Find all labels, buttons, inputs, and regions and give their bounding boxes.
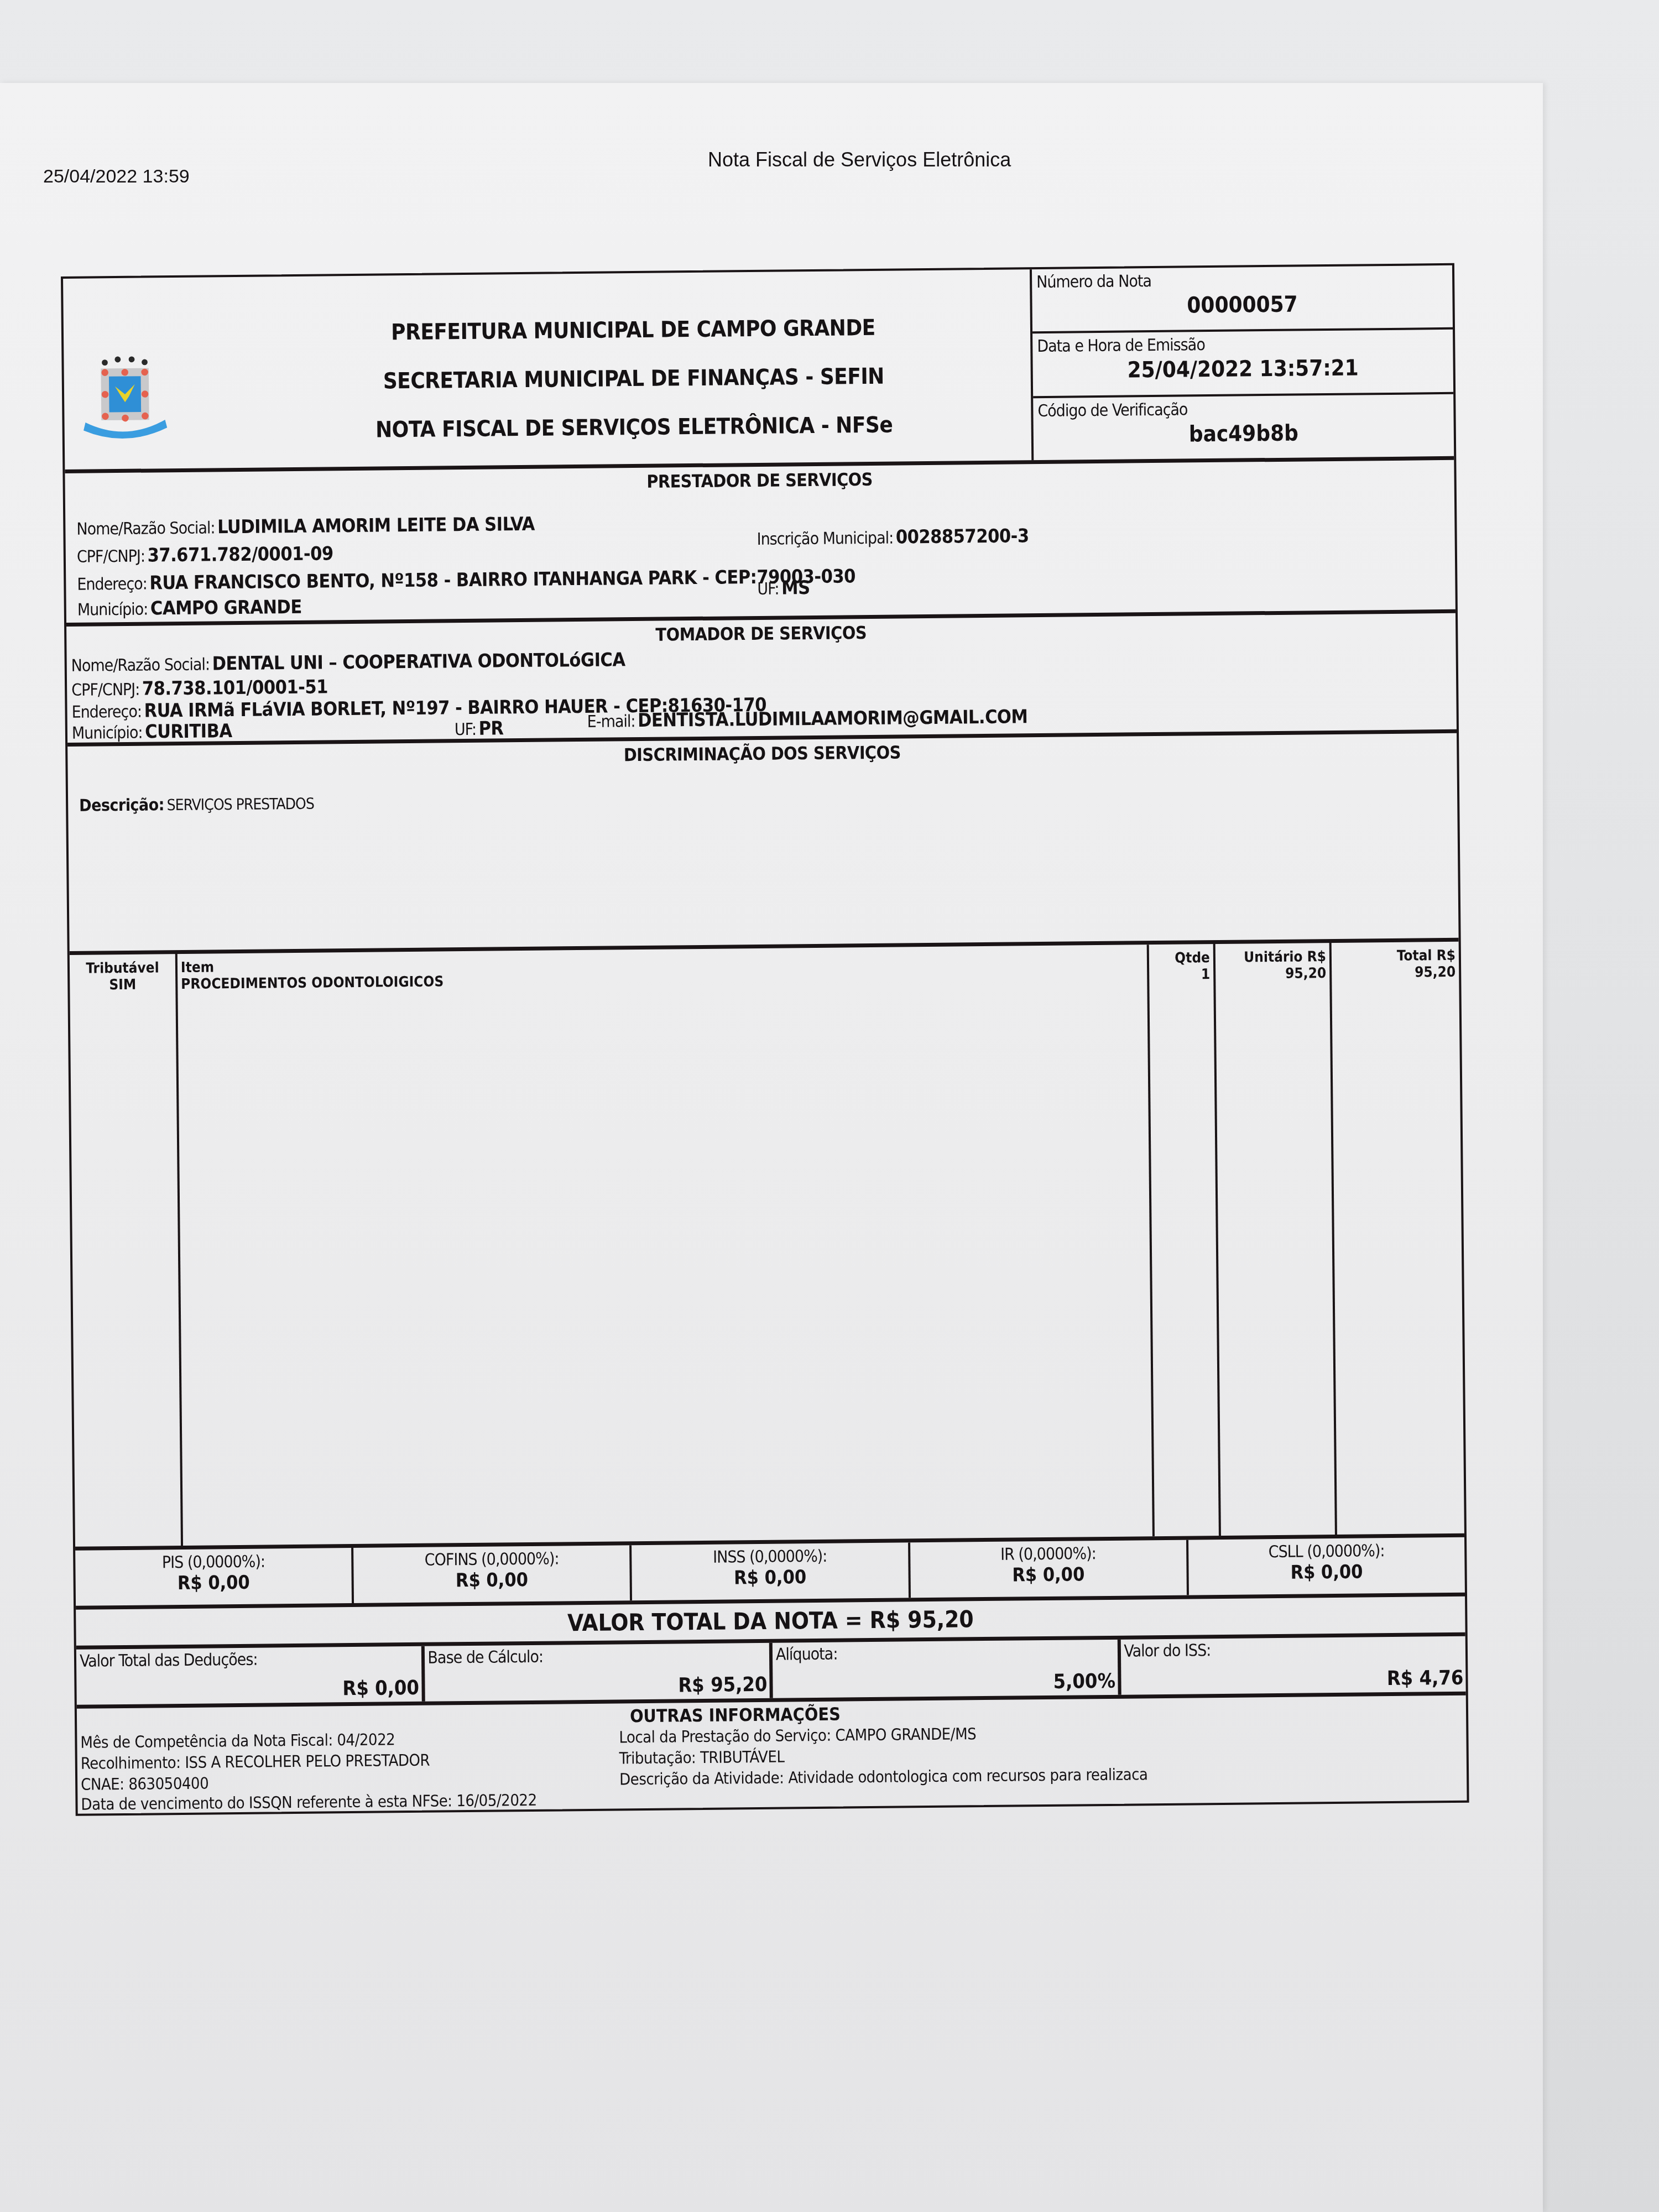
tomador-municipio-label: Município: bbox=[72, 723, 143, 743]
tomador-municipio-value: CURITIBA bbox=[145, 720, 232, 743]
header-unitario: Unitário R$ bbox=[1219, 948, 1326, 966]
tomador-uf-value: PR bbox=[478, 717, 503, 739]
prestador-im-label: Inscrição Municipal: bbox=[757, 529, 893, 549]
tax-csll-label: CSLL (0,0000%): bbox=[1188, 1541, 1465, 1563]
tax-inss: INSS (0,0000%): R$ 0,00 bbox=[632, 1542, 910, 1600]
prestador-endereco: Endereço: RUA FRANCISCO BENTO, Nº158 - B… bbox=[77, 565, 855, 595]
nfse-form: PREFEITURA MUNICIPAL DE CAMPO GRANDE SEC… bbox=[61, 263, 1469, 1816]
calc-base-label: Base de Cálculo: bbox=[427, 1645, 766, 1668]
tomador-municipio: Município: CURITIBA bbox=[72, 720, 232, 744]
prestador-cpf-value: 37.671.782/0001-09 bbox=[147, 542, 333, 566]
prestador-im: Inscrição Municipal: 0028857200-3 bbox=[757, 525, 1029, 550]
outras-recolhimento: Recolhimento: ISS A RECOLHER PELO PRESTA… bbox=[81, 1751, 430, 1773]
numero-nota-value: 00000057 bbox=[1036, 290, 1448, 320]
discriminacao-section: DISCRIMINAÇÃO DOS SERVIÇOS Descrição: SE… bbox=[67, 733, 1459, 955]
tax-cofins-value: R$ 0,00 bbox=[354, 1568, 630, 1593]
prestador-im-value: 0028857200-3 bbox=[896, 525, 1029, 548]
tax-cofins-label: COFINS (0,0000%): bbox=[353, 1548, 630, 1571]
tomador-nome-value: DENTAL UNI – COOPERATIVA ODONTOLóGICA bbox=[212, 649, 625, 675]
emissao-cell: Data e Hora de Emissão 25/04/2022 13:57:… bbox=[1032, 330, 1453, 398]
prestador-uf: UF: MS bbox=[757, 577, 810, 599]
tax-csll: CSLL (0,0000%): R$ 0,00 bbox=[1188, 1537, 1465, 1595]
header-left: PREFEITURA MUNICIPAL DE CAMPO GRANDE SEC… bbox=[63, 269, 1031, 469]
prestador-nome-value: LUDIMILA AMORIM LEITE DA SILVA bbox=[217, 513, 535, 539]
col-item: Item PROCEDIMENTOS ODONTOLOIGICOS bbox=[178, 945, 1155, 1546]
calc-deducoes-label: Valor Total das Deduções: bbox=[80, 1648, 418, 1671]
col-qtde: Qtde 1 bbox=[1149, 944, 1221, 1536]
prestador-cpf-label: CPF/CNPJ: bbox=[77, 547, 145, 567]
calc-iss-label: Valor do ISS: bbox=[1124, 1639, 1462, 1661]
tomador-cpf-value: 78.738.101/0001-51 bbox=[142, 676, 328, 700]
emissao-label: Data e Hora de Emissão bbox=[1037, 333, 1448, 356]
items-table: Tributável SIM Item PROCEDIMENTOS ODONTO… bbox=[70, 942, 1464, 1551]
tax-ir-value: R$ 0,00 bbox=[910, 1563, 1187, 1588]
cell-tributavel: SIM bbox=[73, 976, 172, 994]
outras-title: OUTRAS INFORMAÇÕES bbox=[630, 1704, 841, 1727]
calc-aliquota-value: 5,00% bbox=[1053, 1670, 1115, 1693]
descricao-value: SERVIÇOS PRESTADOS bbox=[167, 795, 315, 815]
tax-cofins: COFINS (0,0000%): R$ 0,00 bbox=[353, 1545, 632, 1603]
print-datetime: 25/04/2022 13:59 bbox=[43, 166, 190, 187]
descricao-label: Descrição: bbox=[79, 795, 164, 815]
outras-informacoes: OUTRAS INFORMAÇÕES Mês de Competência da… bbox=[77, 1695, 1467, 1814]
header-title-nfse: NOTA FISCAL DE SERVIÇOS ELETRÔNICA - NFS… bbox=[330, 412, 938, 444]
col-tributavel: Tributável SIM bbox=[70, 954, 183, 1547]
outras-tributacao: Tributação: TRIBUTÁVEL bbox=[619, 1747, 785, 1768]
tomador-nome: Nome/Razão Social: DENTAL UNI – COOPERAT… bbox=[71, 649, 625, 676]
codigo-value: bac49b8b bbox=[1038, 419, 1449, 448]
prestador-cpf: CPF/CNPJ: 37.671.782/0001-09 bbox=[77, 542, 333, 567]
outras-atividade: Descrição da Atividade: Atividade odonto… bbox=[619, 1765, 1148, 1788]
tomador-cpf-label: CPF/CNPJ: bbox=[71, 680, 139, 700]
codigo-cell: Código de Verificação bac49b8b bbox=[1033, 394, 1454, 460]
tax-inss-label: INSS (0,0000%): bbox=[632, 1546, 909, 1568]
tomador-email-label: E-mail: bbox=[587, 712, 635, 732]
tomador-cpf: CPF/CNPJ: 78.738.101/0001-51 bbox=[71, 676, 328, 700]
codigo-label: Código de Verificação bbox=[1037, 398, 1449, 421]
tax-ir: IR (0,0000%): R$ 0,00 bbox=[910, 1540, 1189, 1598]
tomador-uf-label: UF: bbox=[455, 720, 476, 739]
prestador-endereco-label: Endereço: bbox=[77, 575, 147, 594]
header-title-prefeitura: PREFEITURA MUNICIPAL DE CAMPO GRANDE bbox=[329, 315, 937, 346]
cell-unitario: 95,20 bbox=[1219, 965, 1326, 983]
prestador-uf-label: UF: bbox=[757, 580, 779, 599]
header-titles: PREFEITURA MUNICIPAL DE CAMPO GRANDE SEC… bbox=[329, 315, 938, 467]
form-header: PREFEITURA MUNICIPAL DE CAMPO GRANDE SEC… bbox=[63, 265, 1454, 473]
calc-base: Base de Cálculo: R$ 95,20 bbox=[424, 1643, 773, 1702]
prestador-municipio: Município: CAMPO GRANDE bbox=[77, 596, 302, 620]
prestador-nome-label: Nome/Razão Social: bbox=[76, 518, 215, 539]
tax-ir-label: IR (0,0000%): bbox=[910, 1543, 1187, 1566]
header-title-secretaria: SECRETARIA MUNICIPAL DE FINANÇAS - SEFIN bbox=[330, 363, 938, 395]
tomador-nome-label: Nome/Razão Social: bbox=[71, 655, 210, 675]
header-tributavel: Tributável bbox=[73, 959, 172, 977]
numero-nota-label: Número da Nota bbox=[1036, 269, 1448, 292]
header-info: Número da Nota 00000057 Data e Hora de E… bbox=[1030, 265, 1454, 460]
tomador-section: TOMADOR DE SERVIÇOS Nome/Razão Social: D… bbox=[66, 613, 1457, 747]
tax-pis-value: R$ 0,00 bbox=[76, 1571, 352, 1595]
prestador-municipio-value: CAMPO GRANDE bbox=[150, 596, 302, 620]
prestador-municipio-label: Município: bbox=[77, 600, 148, 620]
tax-pis: PIS (0,0000%): R$ 0,00 bbox=[75, 1548, 354, 1606]
coat-of-arms-icon bbox=[75, 344, 175, 445]
calc-aliquota-label: Alíquota: bbox=[776, 1642, 1114, 1665]
tomador-endereco-label: Endereço: bbox=[71, 702, 142, 722]
outras-local: Local da Prestação do Serviço: CAMPO GRA… bbox=[619, 1724, 976, 1746]
tax-csll-value: R$ 0,00 bbox=[1188, 1560, 1465, 1585]
col-total: Total R$ 95,20 bbox=[1332, 942, 1464, 1535]
outras-competencia: Mês de Competência da Nota Fiscal: 04/20… bbox=[80, 1730, 395, 1751]
calc-deducoes: Valor Total das Deduções: R$ 0,00 bbox=[76, 1646, 425, 1705]
cell-qtde: 1 bbox=[1152, 966, 1210, 983]
prestador-endereco-value: RUA FRANCISCO BENTO, Nº158 - BAIRRO ITAN… bbox=[149, 565, 855, 594]
print-title: Nota Fiscal de Serviços Eletrônica bbox=[708, 148, 1011, 171]
tax-pis-label: PIS (0,0000%): bbox=[75, 1551, 352, 1573]
calc-iss-value: R$ 4,76 bbox=[1387, 1667, 1464, 1690]
header-total: Total R$ bbox=[1335, 947, 1455, 965]
prestador-nome: Nome/Razão Social: LUDIMILA AMORIM LEITE… bbox=[76, 513, 535, 540]
calc-deducoes-value: R$ 0,00 bbox=[342, 1677, 419, 1700]
tomador-email: E-mail: DENTISTA.LUDIMILAAMORIM@GMAIL.CO… bbox=[587, 706, 1028, 732]
emissao-value: 25/04/2022 13:57:21 bbox=[1037, 354, 1449, 384]
header-qtde: Qtde bbox=[1152, 950, 1210, 967]
tomador-email-value: DENTISTA.LUDIMILAAMORIM@GMAIL.COM bbox=[638, 706, 1028, 732]
outras-cnae: CNAE: 863050400 bbox=[81, 1774, 208, 1794]
numero-nota-cell: Número da Nota 00000057 bbox=[1032, 265, 1453, 334]
col-unitario: Unitário R$ 95,20 bbox=[1215, 943, 1337, 1536]
prestador-section: PRESTADOR DE SERVIÇOS Nome/Razão Social:… bbox=[65, 460, 1455, 627]
tax-inss-value: R$ 0,00 bbox=[632, 1565, 909, 1590]
calc-aliquota: Alíquota: 5,00% bbox=[773, 1640, 1121, 1698]
cell-total: 95,20 bbox=[1335, 964, 1455, 982]
calc-base-value: R$ 95,20 bbox=[678, 1673, 768, 1697]
outras-vencimento: Data de vencimento do ISSQN referente à … bbox=[81, 1791, 536, 1814]
calc-iss: Valor do ISS: R$ 4,76 bbox=[1120, 1636, 1465, 1695]
prestador-uf-value: MS bbox=[781, 577, 810, 599]
tomador-uf: UF: PR bbox=[455, 717, 504, 740]
discriminacao-descricao: Descrição: SERVIÇOS PRESTADOS bbox=[79, 794, 314, 816]
